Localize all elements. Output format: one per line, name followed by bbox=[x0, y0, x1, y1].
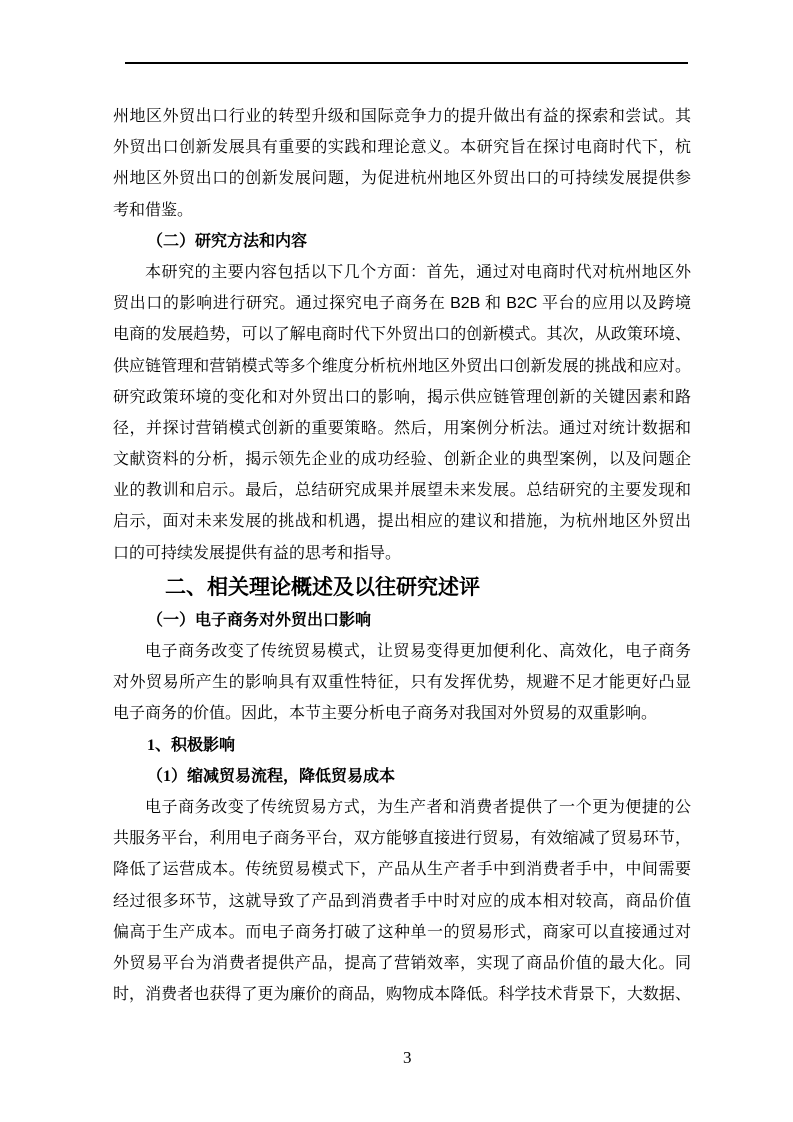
text-line: 电子商务改变了传统贸易方式，为生产者和消费者提供了一个更为便捷的公 bbox=[113, 792, 691, 823]
text-line: 电子商务的价值。因此，本节主要分析电子商务对我国对外贸易的双重影响。 bbox=[113, 698, 691, 729]
heading-sub-line: 1、积极影响 bbox=[113, 730, 691, 761]
text-line: 本研究的主要内容包括以下几个方面：首先，通过对电商时代对杭州地区外 bbox=[113, 257, 691, 288]
heading-sub-line: （一）电子商务对外贸出口影响 bbox=[113, 605, 691, 636]
text-line: 降低了运营成本。传统贸易模式下，产品从生产者手中到消费者手中，中间需要 bbox=[113, 854, 691, 885]
text-line: 偏高于生产成本。而电子商务打破了这种单一的贸易形式，商家可以直接通过对 bbox=[113, 917, 691, 948]
text-run: 平台的应用以及跨境 bbox=[537, 295, 691, 312]
text-line: 时，消费者也获得了更为廉价的商品，购物成本降低。科学技术背景下，大数据、 bbox=[113, 979, 691, 1010]
heading-sub-line: （二）研究方法和内容 bbox=[113, 226, 691, 257]
text-line: 供应链管理和营销模式等多个维度分析杭州地区外贸出口创新发展的挑战和应对。 bbox=[113, 351, 691, 382]
text-line: 考和借鉴。 bbox=[113, 195, 691, 226]
text-line: 州地区外贸出口的创新发展问题，为促进杭州地区外贸出口的可持续发展提供参 bbox=[113, 163, 691, 194]
text-run: 贸出口的影响进行研究。通过探究电子商务在 bbox=[113, 295, 450, 312]
text-line: 外贸出口创新发展具有重要的实践和理论意义。本研究旨在探讨电商时代下，杭 bbox=[113, 132, 691, 163]
text-line: 启示，面对未来发展的挑战和机遇，提出相应的建议和措施，为杭州地区外贸出 bbox=[113, 506, 691, 537]
text-line: 贸出口的影响进行研究。通过探究电子商务在 B2B 和 B2C 平台的应用以及跨境 bbox=[113, 288, 691, 319]
text-line: 研究政策环境的变化和对外贸出口的影响，揭示供应链管理创新的关键因素和路 bbox=[113, 382, 691, 413]
document-page: 州地区外贸出口行业的转型升级和国际竞争力的提升做出有益的探索和尝试。其外贸出口创… bbox=[0, 0, 793, 1122]
heading-sub-line: （1）缩减贸易流程，降低贸易成本 bbox=[113, 761, 691, 792]
document-body: 州地区外贸出口行业的转型升级和国际竞争力的提升做出有益的探索和尝试。其外贸出口创… bbox=[113, 101, 691, 1010]
heading-main-line: 二、相关理论概述及以往研究述评 bbox=[113, 569, 691, 605]
text-line: 外贸易平台为消费者提供产品，提高了营销效率，实现了商品价值的最大化。同 bbox=[113, 948, 691, 979]
text-line: 经过很多环节，这就导致了产品到消费者手中时对应的成本相对较高，商品价值 bbox=[113, 886, 691, 917]
text-run: 和 bbox=[480, 295, 506, 312]
text-line: 共服务平台，利用电子商务平台，双方能够直接进行贸易，有效缩减了贸易环节， bbox=[113, 823, 691, 854]
header-rule bbox=[125, 62, 688, 64]
page-number: 3 bbox=[403, 1046, 412, 1070]
text-line: 口的可持续发展提供有益的思考和指导。 bbox=[113, 538, 691, 569]
text-line: 业的教训和启示。最后，总结研究成果并展望未来发展。总结研究的主要发现和 bbox=[113, 475, 691, 506]
text-line: 文献资料的分析，揭示领先企业的成功经验、创新企业的典型案例，以及问题企 bbox=[113, 444, 691, 475]
text-line: 对外贸易所产生的影响具有双重性特征，只有发挥优势，规避不足才能更好凸显 bbox=[113, 667, 691, 698]
text-line: 州地区外贸出口行业的转型升级和国际竞争力的提升做出有益的探索和尝试。其 bbox=[113, 101, 691, 132]
text-line: 电商的发展趋势，可以了解电商时代下外贸出口的创新模式。其次，从政策环境、 bbox=[113, 319, 691, 350]
text-line: 电子商务改变了传统贸易模式，让贸易变得更加便利化、高效化，电子商务 bbox=[113, 636, 691, 667]
text-line: 径，并探讨营销模式创新的重要策略。然后，用案例分析法。通过对统计数据和 bbox=[113, 413, 691, 444]
latin-text-run: B2C bbox=[506, 295, 537, 312]
latin-text-run: B2B bbox=[450, 295, 480, 312]
